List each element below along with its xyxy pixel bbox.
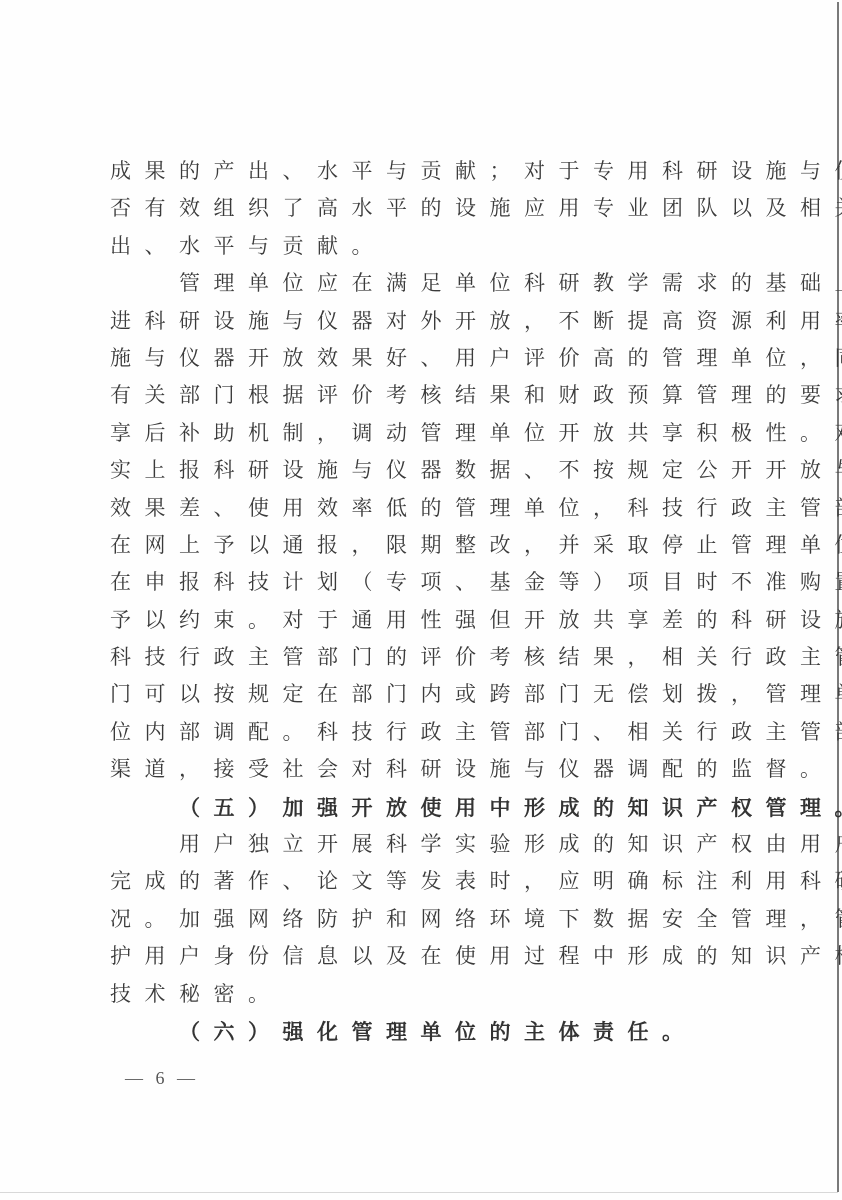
page-bottom-border (0, 1192, 838, 1193)
text-line: 施与仪器开放效果好、用户评价高的管理单位，同级财政部门会同 (110, 340, 750, 377)
text-line: 位内部调配。科技行政主管部门、相关行政主管部门要建立投诉 (110, 714, 750, 751)
text-line: 否有效组织了高水平的设施应用专业团队以及相关研究成果的产 (110, 190, 750, 227)
text-line: 护用户身份信息以及在使用过程中形成的知识产权、科学数据和 (110, 938, 750, 975)
text-line: 科技行政主管部门的评价考核结果，相关行政主管部门和财政部 (110, 639, 750, 676)
text-line: 门可以按规定在部门内或跨部门无偿划拨，管理单位也可以在单 (110, 676, 750, 713)
page-number: — 6 — (125, 1068, 199, 1089)
text-line: 进科研设施与仪器对外开放，不断提高资源利用率。对于科研设 (110, 303, 750, 340)
text-line: 实上报科研设施与仪器数据、不按规定公开开放与利用信息、开放 (110, 452, 750, 489)
text-line: 出、水平与贡献。 (110, 228, 750, 265)
paragraph-start-line: 用户独立开展科学实验形成的知识产权由用户自主拥有，所 (110, 826, 750, 863)
paragraph-start-line: 管理单位应在满足单位科研教学需求的基础上，最大限度推 (110, 265, 750, 302)
text-line: 在网上予以通报，限期整改，并采取停止管理单位新购仪器设备、 (110, 527, 750, 564)
text-line: 况。加强网络防护和网络环境下数据安全管理，管理单位应当保 (110, 901, 750, 938)
section-heading-6: （六）强化管理单位的主体责任。 (110, 1013, 750, 1050)
document-body: 成果的产出、水平与贡献；对于专用科研设施与仪器，重点评价是 否有效组织了高水平的… (110, 153, 750, 1050)
text-line: 完成的著作、论文等发表时，应明确标注利用科研设施与仪器情 (110, 863, 750, 900)
text-line: 有关部门根据评价考核结果和财政预算管理的要求，建立开放共 (110, 377, 750, 414)
text-line: 予以约束。对于通用性强但开放共享差的科研设施与仪器，结合 (110, 602, 750, 639)
text-line: 效果差、使用效率低的管理单位，科技行政主管部门会同有关部门 (110, 490, 750, 527)
document-page: 成果的产出、水平与贡献；对于专用科研设施与仪器，重点评价是 否有效组织了高水平的… (0, 0, 842, 1200)
text-line: 成果的产出、水平与贡献；对于专用科研设施与仪器，重点评价是 (110, 153, 750, 190)
text-line: 技术秘密。 (110, 976, 750, 1013)
section-heading-5: （五）加强开放使用中形成的知识产权管理。 (110, 789, 750, 826)
text-line: 渠道，接受社会对科研设施与仪器调配的监督。 (110, 751, 750, 788)
text-line: 在申报科技计划（专项、基金等）项目时不准购置仪器设备等方式 (110, 564, 750, 601)
text-line: 享后补助机制，调动管理单位开放共享积极性。对于不按规定如 (110, 415, 750, 452)
